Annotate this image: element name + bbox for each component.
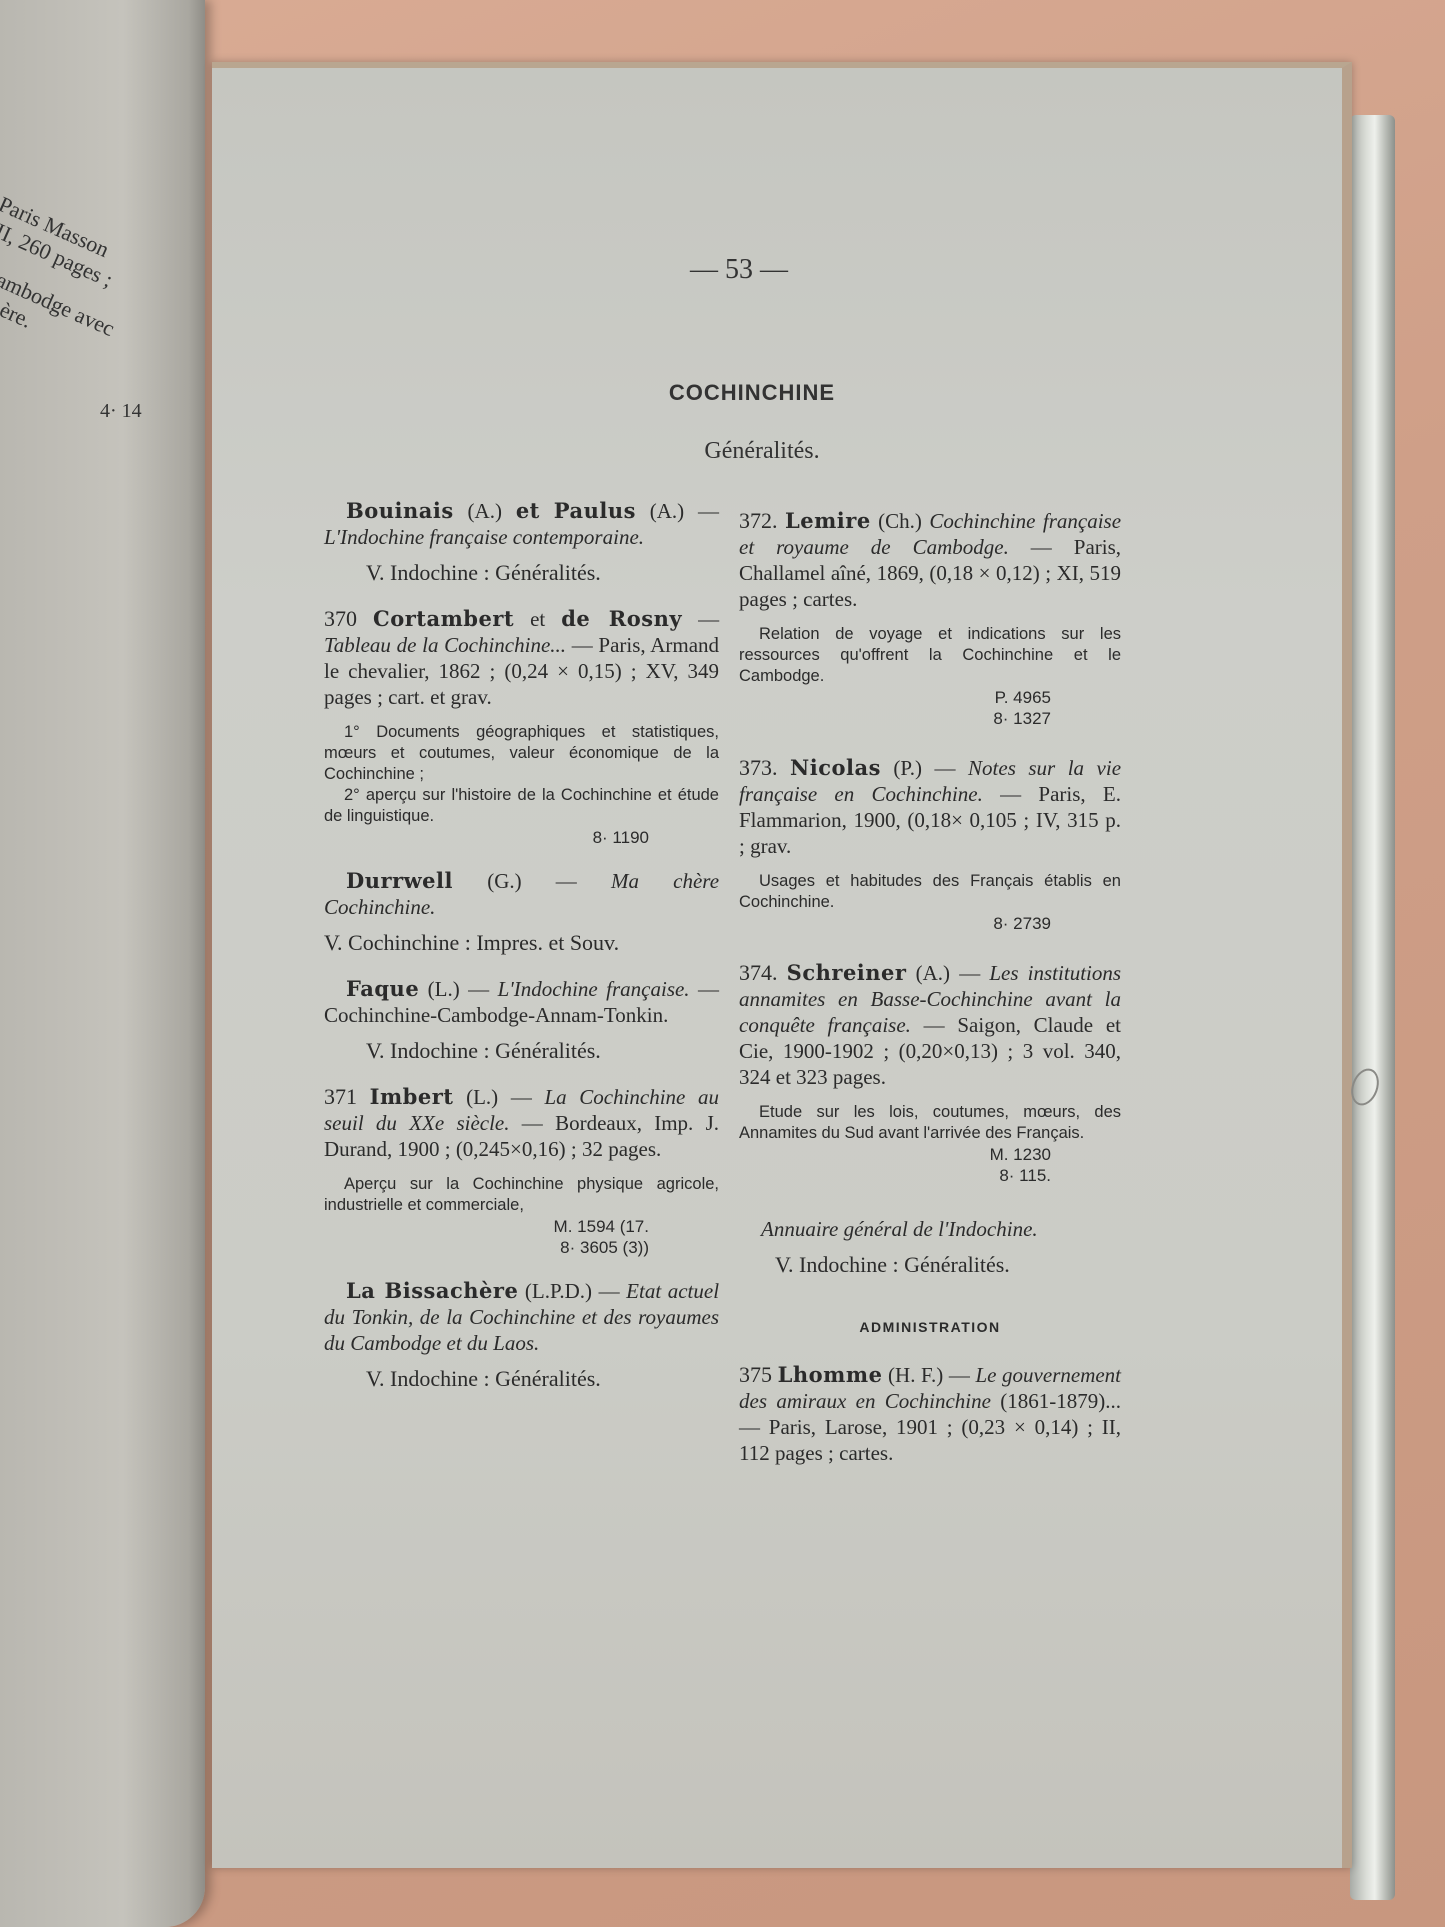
entry-separator: — (556, 869, 577, 893)
entry-author: Nicolas (790, 755, 881, 780)
entry-note: Etude sur les lois, coutumes, mœurs, des… (739, 1102, 1121, 1144)
entry-coauthor: de Rosny (561, 606, 682, 631)
bibliography-entry: 372. Lemire (Ch.) Cochinchine française … (739, 508, 1121, 729)
entry-note: Aperçu sur la Cochinchine physique agric… (324, 1174, 719, 1216)
entry-title: L'Indochine française contemporaine. (324, 525, 644, 549)
left-page: — Paris Masson 4) ; II, 260 pages ; e au… (0, 0, 205, 1927)
entry-author: Durrwell (346, 868, 453, 893)
call-number: 8· 1190 (324, 827, 719, 848)
call-number: M. 1230 (739, 1144, 1121, 1165)
entry-separator: — (959, 961, 980, 985)
entry-title: Tableau de la Cochinchine... (324, 633, 566, 657)
entry-separator: — (599, 1279, 620, 1303)
see-reference: V. Indochine : Généralités. (324, 560, 719, 586)
call-number: M. 1594 (17. (324, 1216, 719, 1237)
bibliography-entry: 375 Lhomme (H. F.) — Le gouvernement des… (739, 1362, 1121, 1466)
bibliography-entry: Annuaire général de l'Indochine. V. Indo… (739, 1216, 1121, 1278)
call-number: 8· 2739 (739, 913, 1121, 934)
entry-imprint: — Paris, Larose, 1901 ; (0,23 × 0,14) ; … (739, 1415, 1121, 1465)
entry-number: 372. (739, 508, 778, 533)
entry-author: Schreiner (787, 960, 907, 985)
entry-note: Relation de voyage et indications sur le… (739, 624, 1121, 687)
right-column: 372. Lemire (Ch.) Cochinchine française … (739, 508, 1121, 1486)
entry-separator: — (698, 607, 719, 631)
entry-initials: (L.) (428, 977, 460, 1001)
call-number: P. 4965 (739, 687, 1121, 708)
entry-coauthor: Paulus (554, 498, 636, 523)
bibliography-entry: 373. Nicolas (P.) — Notes sur la vie fra… (739, 755, 1121, 934)
entry-initials: (A.) (916, 961, 950, 985)
entry-note: 1° Documents géographiques et statistiqu… (324, 722, 719, 827)
call-number: 8· 115. (739, 1165, 1121, 1186)
bibliography-entry: Bouinais (A.) et Paulus (A.) — L'Indochi… (324, 498, 719, 586)
left-page-text: — Paris Masson 4) ; II, 260 pages ; e au… (0, 180, 205, 397)
entry-number: 373. (739, 755, 778, 780)
entry-initials: (L.) (466, 1085, 498, 1109)
see-reference: V. Indochine : Généralités. (739, 1252, 1121, 1278)
see-reference: V. Indochine : Généralités. (324, 1038, 719, 1064)
entry-author: Lemire (785, 508, 871, 533)
note-line: 2° aperçu sur l'histoire de la Cochinchi… (324, 785, 719, 827)
entry-separator: — (698, 499, 719, 523)
entry-number: 370 (324, 606, 357, 631)
bibliography-entry: Durrwell (G.) — Ma chère Cochinchine. V.… (324, 868, 719, 956)
see-reference: V. Indochine : Généralités. (324, 1366, 719, 1392)
bibliography-entry: Faque (L.) — L'Indochine française. — Co… (324, 976, 719, 1064)
entry-separator: — (949, 1363, 970, 1387)
call-number: 8· 1327 (739, 708, 1121, 729)
entry-author: Imbert (370, 1084, 454, 1109)
entry-number: 375 (739, 1362, 772, 1387)
entry-author: Faque (346, 976, 419, 1001)
entry-title: Annuaire général de l'Indochine. (761, 1217, 1038, 1241)
entry-number: 374. (739, 960, 778, 985)
entry-note: Usages et habitudes des Français établis… (739, 871, 1121, 913)
entry-initials: (A.) (468, 499, 502, 523)
entry-joiner: et (516, 498, 540, 523)
entry-joiner: et (530, 607, 545, 631)
entry-title: L'Indochine française. (498, 977, 690, 1001)
bibliography-entry: La Bissachère (L.P.D.) — Etat actuel du … (324, 1278, 719, 1392)
entry-separator: — (468, 977, 489, 1001)
entry-separator: — (511, 1085, 532, 1109)
entry-initials: (H. F.) (888, 1363, 943, 1387)
entry-author: La Bissachère (346, 1278, 518, 1303)
entry-number: 371 (324, 1084, 357, 1109)
entry-author: Lhomme (778, 1362, 883, 1387)
entry-initials: (L.P.D.) (525, 1279, 592, 1303)
entry-initials: (P.) (893, 756, 922, 780)
entry-author: Bouinais (346, 498, 454, 523)
entry-dates: (1861-1879)... (1000, 1389, 1121, 1413)
entry-coauthor-initials: (A.) (650, 499, 684, 523)
right-page: — 53 — COCHINCHINE Généralités. Bouinais… (212, 62, 1352, 1868)
left-page-call-number: 4· 14 (100, 400, 142, 423)
subsection-title: Généralités. (662, 438, 862, 465)
left-column: Bouinais (A.) et Paulus (A.) — L'Indochi… (324, 498, 719, 1412)
entry-initials: (G.) (487, 869, 521, 893)
entry-initials: (Ch.) (878, 509, 922, 533)
section-title: COCHINCHINE (652, 380, 852, 406)
entry-separator: — (935, 756, 956, 780)
note-line: 1° Documents géographiques et statistiqu… (324, 722, 719, 785)
see-reference: V. Cochinchine : Impres. et Souv. (324, 930, 719, 956)
call-number: 8· 3605 (3)) (324, 1237, 719, 1258)
page-number: — 53 — (690, 254, 788, 286)
book-spine (1350, 115, 1395, 1900)
admin-heading: ADMINISTRATION (739, 1314, 1121, 1340)
bibliography-entry: 374. Schreiner (A.) — Les institutions a… (739, 960, 1121, 1186)
bibliography-entry: 371 Imbert (L.) — La Cochinchine au seui… (324, 1084, 719, 1258)
entry-author: Cortambert (373, 606, 514, 631)
bibliography-entry: 370 Cortambert et de Rosny — Tableau de … (324, 606, 719, 848)
